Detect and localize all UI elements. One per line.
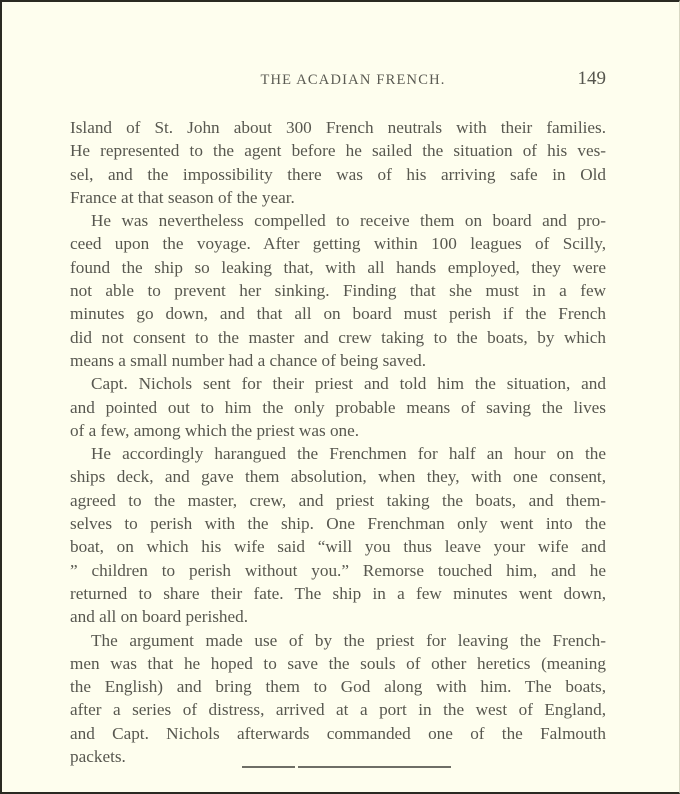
text-line: boat, on which his wife said “will you t… bbox=[70, 535, 606, 558]
text-line: after a series of distress, arrived at a… bbox=[70, 698, 606, 721]
text-line: men was that he hoped to save the souls … bbox=[70, 652, 606, 675]
text-line: minutes go down, and that all on board m… bbox=[70, 302, 606, 325]
text-line: returned to share their fate. The ship i… bbox=[70, 582, 606, 605]
book-page: THE ACADIAN FRENCH. 149 Island of St. Jo… bbox=[0, 0, 680, 794]
text-line: not able to prevent her sinking. Finding… bbox=[70, 279, 606, 302]
text-line: and Capt. Nichols afterwards commanded o… bbox=[70, 722, 606, 745]
text-line: He accordingly harangued the Frenchmen f… bbox=[70, 442, 606, 465]
paragraph-2: He was nevertheless compelled to receive… bbox=[70, 209, 606, 372]
text-line: the English) and bring them to God along… bbox=[70, 675, 606, 698]
text-line: found the ship so leaking that, with all… bbox=[70, 256, 606, 279]
text-line: ships deck, and gave them absolution, wh… bbox=[70, 465, 606, 488]
text-line: He represented to the agent before he sa… bbox=[70, 139, 606, 162]
text-line: of a few, among which the priest was one… bbox=[70, 419, 606, 442]
paragraph-4: He accordingly harangued the Frenchmen f… bbox=[70, 442, 606, 628]
text-line: The argument made use of by the priest f… bbox=[70, 629, 606, 652]
page-number: 149 bbox=[578, 68, 607, 90]
text-line: France at that season of the year. bbox=[70, 186, 606, 209]
text-line: agreed to the master, crew, and priest t… bbox=[70, 489, 606, 512]
body-text: Island of St. John about 300 French neut… bbox=[70, 116, 606, 768]
running-head: THE ACADIAN FRENCH. 149 bbox=[70, 68, 606, 94]
text-line: He was nevertheless compelled to receive… bbox=[70, 209, 606, 232]
paragraph-1: Island of St. John about 300 French neut… bbox=[70, 116, 606, 209]
text-line: did not consent to the master and crew t… bbox=[70, 326, 606, 349]
text-line: means a small number had a chance of bei… bbox=[70, 349, 606, 372]
section-divider-long bbox=[298, 766, 451, 768]
text-line: ” children to perish without you.” Remor… bbox=[70, 559, 606, 582]
text-line: and all on board perished. bbox=[70, 605, 606, 628]
section-divider-short bbox=[242, 766, 295, 768]
text-line: selves to perish with the ship. One Fren… bbox=[70, 512, 606, 535]
paragraph-5: The argument made use of by the priest f… bbox=[70, 629, 606, 769]
text-line: Island of St. John about 300 French neut… bbox=[70, 116, 606, 139]
running-title: THE ACADIAN FRENCH. bbox=[70, 72, 606, 89]
text-line: ceed upon the voyage. After getting with… bbox=[70, 232, 606, 255]
paragraph-3: Capt. Nichols sent for their priest and … bbox=[70, 372, 606, 442]
text-line: Capt. Nichols sent for their priest and … bbox=[70, 372, 606, 395]
text-line: packets. bbox=[70, 745, 606, 768]
text-line: sel, and the impossibility there was of … bbox=[70, 163, 606, 186]
text-line: and pointed out to him the only probable… bbox=[70, 396, 606, 419]
